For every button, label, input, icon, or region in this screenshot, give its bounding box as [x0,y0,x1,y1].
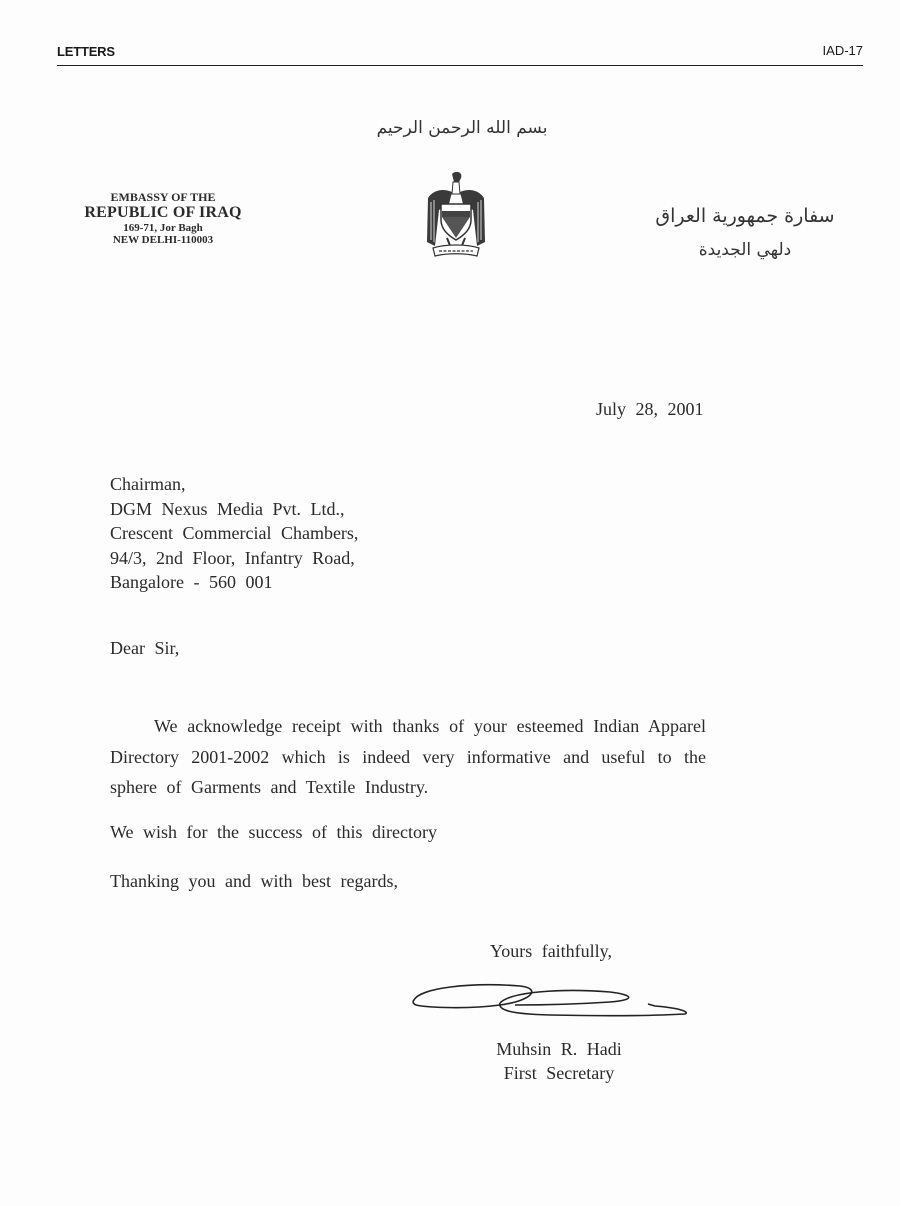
embassy-line-1: EMBASSY OF THE [68,191,258,204]
body-paragraph: We acknowledge receipt with thanks of yo… [110,711,706,803]
embassy-arabic-line-1: سفارة جمهورية العراق [640,198,850,234]
embassy-english-block: EMBASSY OF THE REPUBLIC OF IRAQ 169-71, … [68,191,258,246]
iraq-eagle-emblem-icon [425,170,487,260]
embassy-address-line: 169-71, Jor Bagh [68,222,258,234]
recipient-line: DGM Nexus Media Pvt. Ltd., [110,497,358,522]
recipient-line: Bangalore - 560 001 [110,570,358,595]
salutation: Dear Sir, [110,638,179,659]
embassy-arabic-line-2: دلهي الجديدة [640,234,850,266]
letter-date: July 28, 2001 [596,399,704,420]
recipient-address: Chairman, DGM Nexus Media Pvt. Ltd., Cre… [110,472,358,595]
signer-name: Muhsin R. Hadi [487,1037,631,1061]
signer-title: First Secretary [487,1061,631,1085]
closing: Yours faithfully, [490,941,612,962]
wish-line: We wish for the success of this director… [110,822,437,843]
embassy-line-2: REPUBLIC OF IRAQ [68,204,258,222]
page-header-section: LETTERS [57,44,115,59]
embassy-city-line: NEW DELHI-110003 [68,234,258,246]
recipient-line: Crescent Commercial Chambers, [110,521,358,546]
signer-block: Muhsin R. Hadi First Secretary [487,1037,631,1085]
thanks-line: Thanking you and with best regards, [110,871,398,892]
page-header-code: IAD-17 [823,43,863,58]
recipient-line: Chairman, [110,472,358,497]
signature-icon [410,978,695,1023]
embassy-arabic-block: سفارة جمهورية العراق دلهي الجديدة [640,198,850,266]
header-divider [57,65,863,66]
recipient-line: 94/3, 2nd Floor, Infantry Road, [110,546,358,571]
bismillah-arabic: بسم الله الرحمن الرحيم [372,118,552,138]
